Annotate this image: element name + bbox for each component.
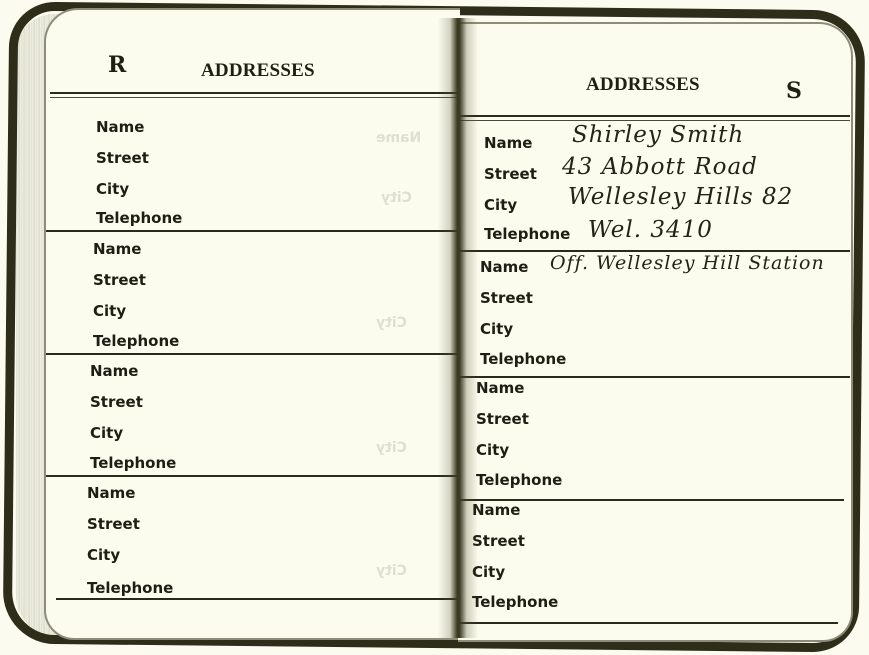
telephone-label: Telephone xyxy=(484,225,570,243)
section-letter: R xyxy=(108,52,126,78)
name-label: Name xyxy=(87,484,135,502)
telephone-label: Telephone xyxy=(90,454,176,472)
show-through-text: City xyxy=(376,315,407,331)
name-label: Name xyxy=(93,240,141,258)
page-title: ADDRESSES xyxy=(201,60,315,82)
city-value: Wellesley Hills 82 xyxy=(568,184,793,210)
show-through-text: City xyxy=(381,190,412,206)
show-through-text: City xyxy=(376,440,407,456)
telephone-label: Telephone xyxy=(476,471,562,489)
entry-divider xyxy=(46,353,460,355)
city-label: City xyxy=(476,441,509,459)
street-label: Street xyxy=(93,271,146,289)
header-rule xyxy=(50,92,460,94)
entry-divider xyxy=(458,376,850,378)
address-book-photo: R ADDRESSES Name Street City Telephone N… xyxy=(0,0,869,655)
entry-divider xyxy=(46,230,460,232)
street-label: Street xyxy=(472,532,525,550)
right-page: ADDRESSES S Name Shirley Smith Street 43… xyxy=(458,22,853,642)
name-value: Off. Wellesley Hill Station xyxy=(550,252,825,274)
street-value: 43 Abbott Road xyxy=(562,154,758,180)
street-label: Street xyxy=(480,289,533,307)
telephone-label: Telephone xyxy=(87,579,173,597)
show-through-text: City xyxy=(376,563,407,579)
entry-divider xyxy=(46,475,460,477)
section-letter: S xyxy=(786,78,802,104)
city-label: City xyxy=(484,196,517,214)
name-label: Name xyxy=(484,134,532,152)
telephone-label: Telephone xyxy=(96,209,182,227)
street-label: Street xyxy=(484,165,537,183)
city-label: City xyxy=(472,563,505,581)
city-label: City xyxy=(90,424,123,442)
telephone-label: Telephone xyxy=(472,593,558,611)
street-label: Street xyxy=(476,410,529,428)
entry-divider xyxy=(56,598,460,600)
street-label: Street xyxy=(87,515,140,533)
name-label: Name xyxy=(90,362,138,380)
left-page: R ADDRESSES Name Street City Telephone N… xyxy=(44,8,460,640)
telephone-value: Wel. 3410 xyxy=(588,217,713,243)
show-through-text: Name xyxy=(376,130,421,146)
city-label: City xyxy=(93,302,126,320)
header-rule xyxy=(458,115,850,117)
entry-divider xyxy=(458,622,838,624)
street-label: Street xyxy=(90,393,143,411)
city-label: City xyxy=(480,320,513,338)
street-label: Street xyxy=(96,149,149,167)
telephone-label: Telephone xyxy=(93,332,179,350)
name-label: Name xyxy=(480,258,528,276)
name-label: Name xyxy=(476,379,524,397)
page-title: ADDRESSES xyxy=(586,74,700,96)
name-label: Name xyxy=(472,501,520,519)
name-value: Shirley Smith xyxy=(572,122,744,148)
name-label: Name xyxy=(96,118,144,136)
telephone-label: Telephone xyxy=(480,350,566,368)
city-label: City xyxy=(87,546,120,564)
city-label: City xyxy=(96,180,129,198)
